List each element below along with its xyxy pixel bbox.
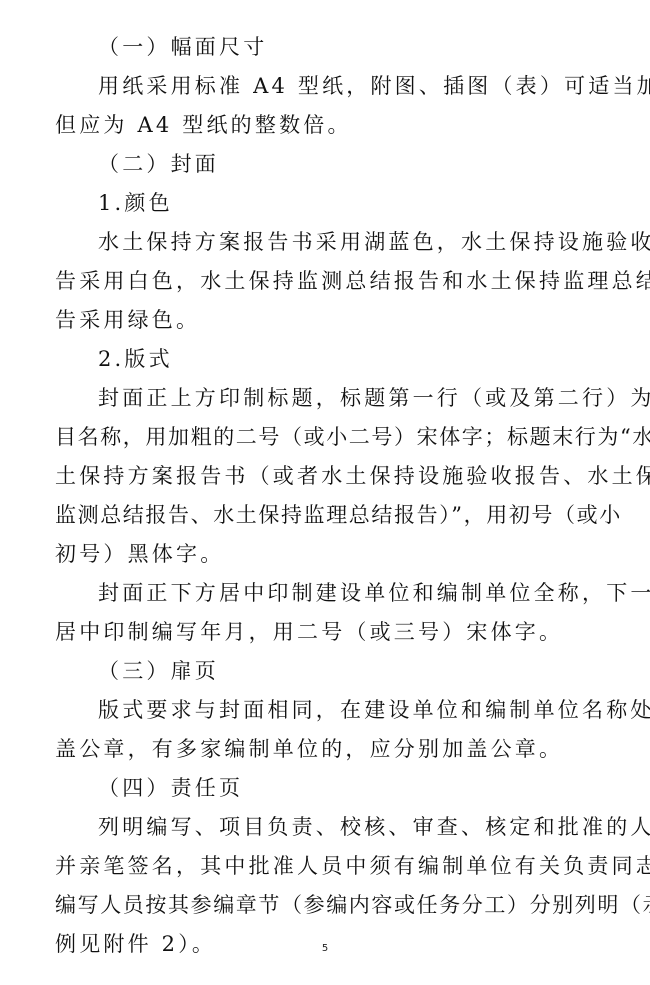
paragraph-line: 但应为 A4 型纸的整数倍。 bbox=[55, 106, 597, 145]
paragraph-line: 告采用白色，水土保持监测总结报告和水土保持监理总结报 bbox=[55, 262, 597, 301]
paragraph-line: 并亲笔签名，其中批准人员中须有编制单位有关负责同志。 bbox=[55, 847, 597, 886]
paragraph-line: 土保持方案报告书（或者水土保持设施验收报告、水土保持 bbox=[55, 457, 597, 496]
paragraph-line: 用纸采用标准 A4 型纸，附图、插图（表）可适当加大， bbox=[55, 67, 597, 106]
paragraph-line: 水土保持方案报告书采用湖蓝色，水土保持设施验收报 bbox=[55, 223, 597, 262]
paragraph-line: 告采用绿色。 bbox=[55, 301, 597, 340]
paragraph-line: 编写人员按其参编章节（参编内容或任务分工）分别列明（示 bbox=[55, 886, 597, 925]
paragraph-line: 封面正上方印制标题，标题第一行（或及第二行）为项 bbox=[55, 379, 597, 418]
paragraph-line: 居中印制编写年月，用二号（或三号）宋体字。 bbox=[55, 613, 597, 652]
paragraph-line: 封面正下方居中印制建设单位和编制单位全称，下一行 bbox=[55, 574, 597, 613]
paragraph-line: 监测总结报告、水土保持监理总结报告）”，用初号（或小 bbox=[55, 496, 597, 535]
page-number: 5 bbox=[0, 943, 650, 954]
section-heading-cover: （二）封面 bbox=[55, 145, 597, 184]
section-heading-responsibility-page: （四）责任页 bbox=[55, 769, 597, 808]
section-heading-title-page: （三）扉页 bbox=[55, 652, 597, 691]
paragraph-line: 列明编写、项目负责、校核、审查、核定和批准的人员， bbox=[55, 808, 597, 847]
document-page: （一）幅面尺寸 用纸采用标准 A4 型纸，附图、插图（表）可适当加大， 但应为 … bbox=[55, 28, 597, 964]
subheading-layout: 2.版式 bbox=[55, 340, 597, 379]
paragraph-line: 目名称，用加粗的二号（或小二号）宋体字；标题末行为“水 bbox=[55, 418, 597, 457]
section-heading-format-size: （一）幅面尺寸 bbox=[55, 28, 597, 67]
paragraph-line: 版式要求与封面相同，在建设单位和编制单位名称处加 bbox=[55, 691, 597, 730]
paragraph-line: 初号）黑体字。 bbox=[55, 535, 597, 574]
subheading-color: 1.颜色 bbox=[55, 184, 597, 223]
paragraph-line: 盖公章，有多家编制单位的，应分别加盖公章。 bbox=[55, 730, 597, 769]
